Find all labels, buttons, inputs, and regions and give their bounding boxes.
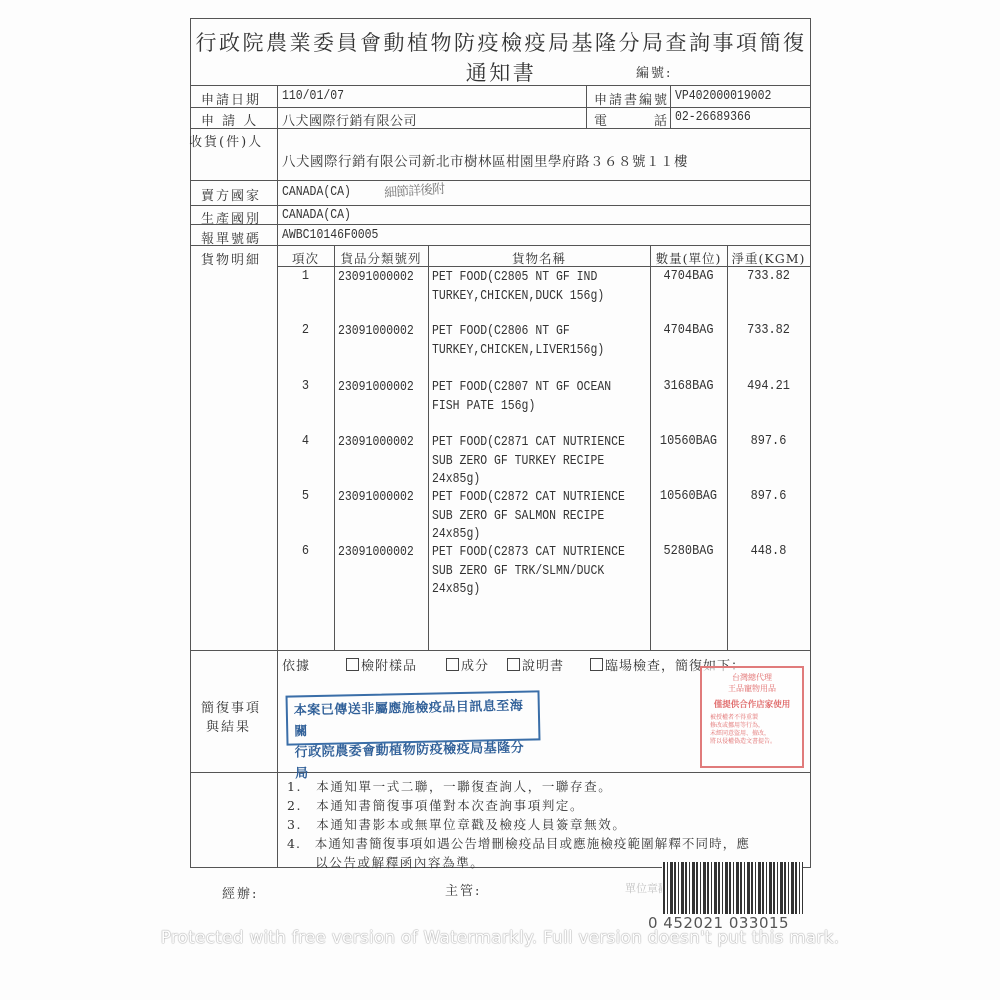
consignee-label: 收貨(件)人 [189,131,263,150]
apply-date-value: 110/01/07 [282,88,344,104]
goods-detail-label: 貨物明細 [201,249,261,268]
row-quantity: 4704BAG [656,322,721,338]
distributor-stamp: 台灣總代理王品寵物用品 僅提供合作店家使用 被授權者不得重製 修改或挪用等行為，… [700,666,804,768]
row-quantity: 10560BAG [656,433,721,449]
watermark-text: Protected with free version of Watermark… [0,928,1000,948]
row-goods-name: PET FOOD(C2805 NT GF IND TURKEY,CHICKEN,… [432,268,604,305]
note-2: 2. 本通知書簡復事項僅對本次查詢事項判定。 [287,796,584,815]
phone-value: 02-26689366 [675,109,751,125]
declaration-no-label: 報單號碼 [201,228,261,247]
checkbox-manual[interactable]: 說明書 [507,655,564,674]
seller-country-value: CANADA(CA) [282,184,351,200]
barcode [662,862,803,914]
number-label: 編號: [636,62,672,81]
consignee-value: 八犬國際行銷有限公司新北市樹林區柑園里學府路３６８號１１樓 [282,150,688,170]
col-item: 項次 [277,249,334,267]
form-no-label: 申請書編號 [594,89,669,108]
row-item-number: 3 [281,378,329,394]
row-hs-code: 23091000002 [338,322,414,341]
apply-date-label: 申請日期 [201,89,261,108]
checkbox-icon [446,658,459,671]
origin-country-value: CANADA(CA) [282,207,351,223]
row-item-number: 1 [281,268,329,284]
note-4-cont: 以公告或解釋函內容為準。 [287,853,484,872]
row-net-weight: 897.6 [733,433,804,449]
reply-label-2: 與結果 [206,716,251,735]
quarantine-stamp: 本案已傳送非屬應施檢疫品目訊息至海關 行政院農委會動植物防疫檢疫局基隆分局 [286,690,541,745]
applicant-value: 八犬國際行銷有限公司 [282,110,417,129]
row-goods-name: PET FOOD(C2872 CAT NUTRIENCE SUB ZERO GF… [432,488,625,544]
row-hs-code: 23091000002 [338,543,414,562]
row-hs-code: 23091000002 [338,488,414,507]
applicant-label: 申 請 人 [201,110,258,129]
note-3: 3. 本通知書影本或無單位章戳及檢疫人員簽章無效。 [287,815,626,834]
phone-label: 電 話 [594,110,669,129]
checkbox-sample[interactable]: 檢附樣品 [346,655,417,674]
checkbox-icon [507,658,520,671]
handler-label: 經辦: [222,883,258,902]
row-net-weight: 494.21 [733,378,804,394]
col-hs-code: 貨品分類號列 [334,249,428,267]
row-net-weight: 733.82 [733,268,804,284]
row-item-number: 6 [281,543,329,559]
form-no-value: VP402000019002 [675,88,771,104]
row-hs-code: 23091000002 [338,378,414,397]
basis-label: 依據 [282,655,310,674]
reply-label-1: 簡復事項 [201,697,261,716]
note-1: 1. 本通知單一式二聯，一聯復查詢人，一聯存查。 [287,777,612,796]
row-quantity: 3168BAG [656,378,721,394]
row-hs-code: 23091000002 [338,268,414,287]
row-item-number: 5 [281,488,329,504]
col-quantity: 數量(單位) [650,249,727,267]
supervisor-label: 主管: [445,880,481,899]
checkbox-icon [590,658,603,671]
row-net-weight: 448.8 [733,543,804,559]
row-goods-name: PET FOOD(C2807 NT GF OCEAN FISH PATE 156… [432,378,611,415]
note-4: 4. 本通知書簡復事項如遇公告增刪檢疫品目或應施檢疫範圍解釋不同時，應 [287,834,750,853]
row-net-weight: 733.82 [733,322,804,338]
row-quantity: 5280BAG [656,543,721,559]
row-item-number: 2 [281,322,329,338]
row-goods-name: PET FOOD(C2806 NT GF TURKEY,CHICKEN,LIVE… [432,322,604,359]
checkbox-ingredients[interactable]: 成分 [446,655,489,674]
document-page: 行政院農業委員會動植物防疫檢疫局基隆分局查詢事項簡復通知書 編號: 申請日期 1… [0,0,1000,1000]
frame-top [190,18,810,19]
handwritten-note: 細節詳後附 [383,178,444,201]
document-title: 行政院農業委員會動植物防疫檢疫局基隆分局查詢事項簡復通知書 [190,27,812,87]
declaration-no-value: AWBC10146F0005 [282,227,378,243]
seller-country-label: 賣方國家 [201,185,261,204]
row-quantity: 4704BAG [656,268,721,284]
row-net-weight: 897.6 [733,488,804,504]
frame-right [810,18,811,867]
row-goods-name: PET FOOD(C2871 CAT NUTRIENCE SUB ZERO GF… [432,433,625,489]
checkbox-icon [346,658,359,671]
row-goods-name: PET FOOD(C2873 CAT NUTRIENCE SUB ZERO GF… [432,543,625,599]
row-quantity: 10560BAG [656,488,721,504]
row-hs-code: 23091000002 [338,433,414,452]
col-net-weight: 淨重(KGM) [727,249,810,267]
origin-country-label: 生產國別 [201,208,261,227]
col-goods-name: 貨物名稱 [428,249,650,267]
row-item-number: 4 [281,433,329,449]
